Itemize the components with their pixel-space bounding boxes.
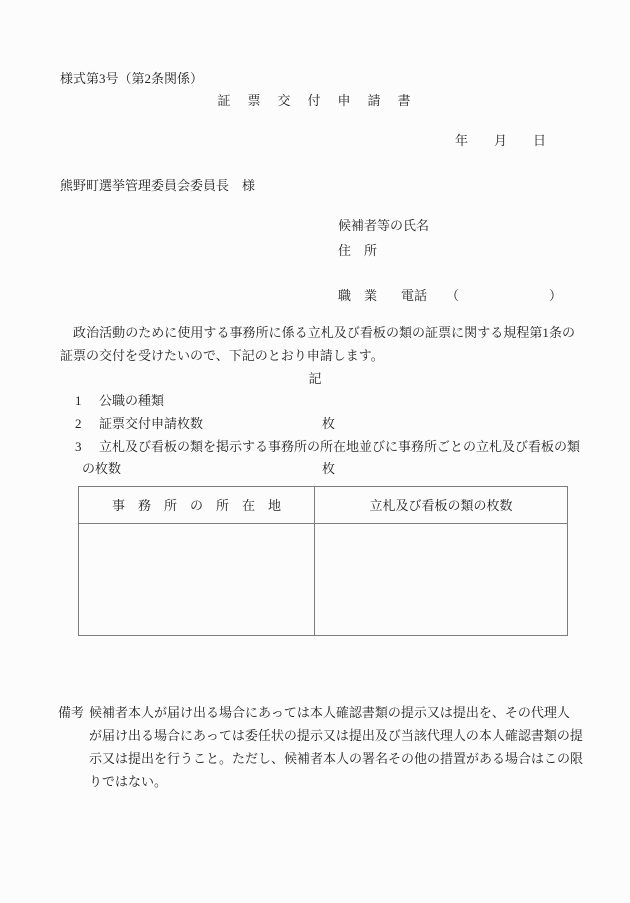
applicant-address-label: 住 所 [338, 239, 377, 262]
office-table: 事 務 所 の 所 在 地 立札及び看板の類の枚数 [78, 486, 568, 636]
remarks-line-4: りではない。 [89, 770, 578, 793]
applicant-occupation-label: 職 業 [338, 284, 377, 307]
form-page: 様式第3号（第2条関係） 証 票 交 付 申 請 書 年 月 日 熊野町選挙管理… [0, 0, 630, 903]
applicant-phone-line: 電話（） [388, 261, 562, 330]
remarks-line-3: 示又は提出を行うこと。ただし、候補者本人の署名その他の措置がある場合はこの限 [89, 747, 578, 770]
applicant-name-label: 候補者等の氏名 [338, 214, 429, 237]
item-1-text: 公職の種類 [99, 389, 164, 412]
item-3-number: 3 [75, 435, 82, 458]
table-header-sign-count: 立札及び看板の類の枚数 [315, 487, 568, 524]
body-line-2: 証票の交付を受けたいので、下記のとおり申請します。 [60, 348, 384, 363]
body-line-1: 政治活動のために使用する事務所に係る立札及び看板の類の証票に関する規程第1条の [60, 325, 575, 340]
phone-paren-open: （ [446, 288, 459, 303]
table-header-office-location: 事 務 所 の 所 在 地 [79, 487, 315, 524]
item-2-number: 2 [75, 412, 82, 435]
remarks-line-1: 候補者本人が届け出る場合にあっては本人確認書類の提示又は提出を、その代理人 [89, 701, 578, 724]
item-3-text: 立札及び看板の類を掲示する事務所の所在地並びに事務所ごとの立札及び看板の類 [99, 435, 580, 458]
item-1-number: 1 [75, 389, 82, 412]
phone-label: 電話 [401, 288, 427, 303]
phone-paren-close: ） [549, 288, 562, 303]
table-cell-sign-count [315, 524, 568, 636]
item-3-text-continued: の枚数 [82, 457, 121, 480]
remarks-label: 備考 [58, 701, 84, 724]
page-title: 証 票 交 付 申 請 書 [0, 89, 630, 112]
item-2-text: 証票交付申請枚数 [99, 412, 203, 435]
table-header-row: 事 務 所 の 所 在 地 立札及び看板の類の枚数 [79, 487, 568, 524]
body-paragraph: 政治活動のために使用する事務所に係る立札及び看板の類の証票に関する規程第1条の証… [60, 321, 575, 367]
addressee: 熊野町選挙管理委員会委員長 様 [60, 174, 255, 197]
form-number: 様式第3号（第2条関係） [60, 67, 203, 90]
remarks-line-2: が届け出る場合にあっては委任状の提示又は提出及び当該代理人の本人確認書類の提 [89, 724, 578, 747]
remarks-text: 候補者本人が届け出る場合にあっては本人確認書類の提示又は提出を、その代理人 が届… [89, 701, 578, 793]
table-row [79, 524, 568, 636]
item-3-unit: 枚 [322, 457, 335, 480]
date-line: 年 月 日 [0, 129, 630, 152]
remarks-section: 備考 候補者本人が届け出る場合にあっては本人確認書類の提示又は提出を、その代理人… [58, 701, 578, 793]
item-2-unit: 枚 [322, 412, 335, 435]
record-marker: 記 [0, 367, 630, 390]
table-cell-office-location [79, 524, 315, 636]
